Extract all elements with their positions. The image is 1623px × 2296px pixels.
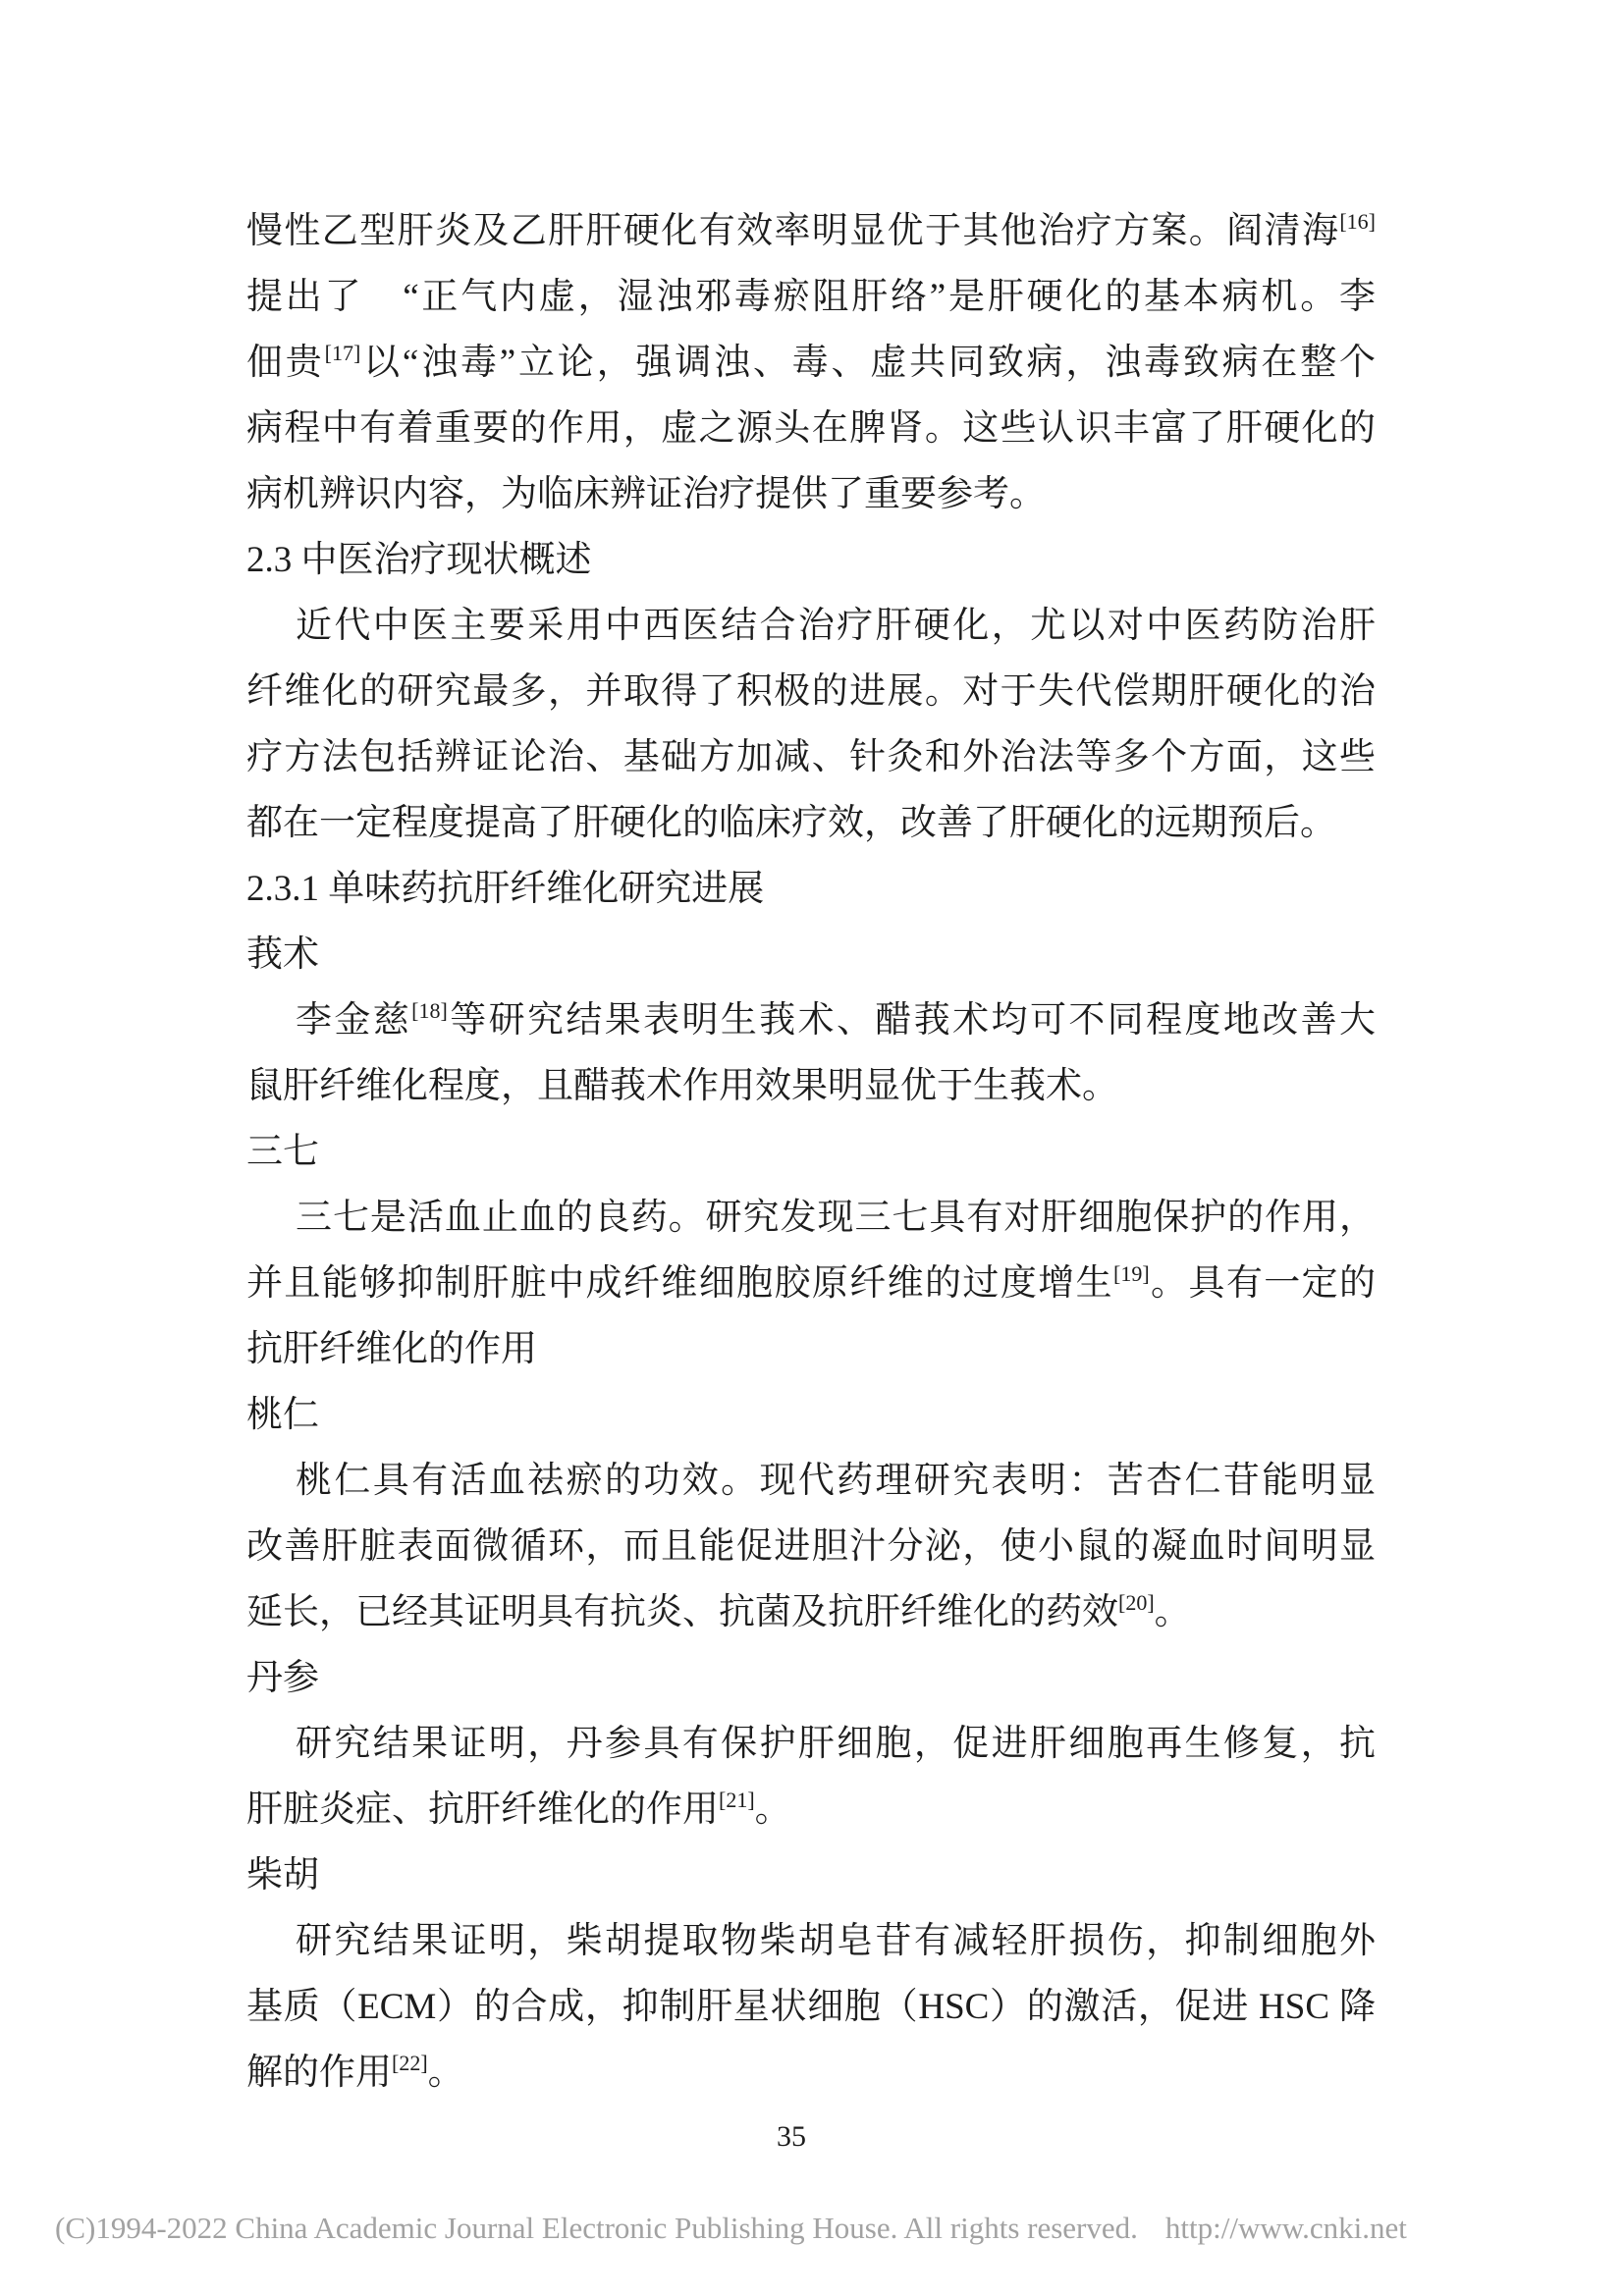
para-line: 都在一定程度提高了肝硬化的临床疗效，改善了肝硬化的远期预后。 [246,790,1376,856]
text-run: 莪术 [246,934,319,975]
para-line: 研究结果证明，丹参具有保护肝细胞，促进肝细胞再生修复，抗 [246,1711,1376,1777]
footer-copyright: (C)1994-2022 China Academic Journal Elec… [55,2211,1138,2245]
text-run: 李金慈 [296,1000,411,1041]
text-run: 以“浊毒”立论，强调浊、毒、虚共同致病，浊毒致病在整个 [360,343,1376,383]
para-line: 基质（ECM）的合成，抑制肝星状细胞（HSC）的激活，促进 HSC 降 [246,1974,1376,2040]
para-line: 病程中有着重要的作用，虚之源头在脾肾。这些认识丰富了肝硬化的 [246,396,1376,461]
text-run: 肝脏炎症、抗肝纤维化的作用 [246,1789,719,1830]
para-line: 疗方法包括辨证论治、基础方加减、针灸和外治法等多个方面，这些 [246,724,1376,790]
text-run: 鼠肝纤维化程度，且醋莪术作用效果明显优于生莪术。 [246,1066,1118,1106]
citation-ref: [19] [1113,1261,1150,1286]
para-line: 桃仁具有活血祛瘀的功效。现代药理研究表明：苦杏仁苷能明显 [246,1448,1376,1514]
text-run: 纤维化的研究最多，并取得了积极的进展。对于失代偿期肝硬化的治 [246,671,1376,712]
herb-heading-danshen: 丹参 [246,1645,1376,1711]
text-run: 研究结果证明，丹参具有保护肝细胞，促进肝细胞再生修复，抗 [296,1724,1376,1764]
text-run: 等研究结果表明生莪术、醋莪术均可不同程度地改善大 [448,1000,1376,1041]
section-heading-2-3: 2.3 中医治疗现状概述 [246,527,1376,593]
text-run: 。 [1155,1592,1191,1632]
para-line: 抗肝纤维化的作用 [246,1316,1376,1382]
text-run: 三七 [246,1132,319,1172]
document-body: 慢性乙型肝炎及乙肝肝硬化有效率明显优于其他治疗方案。阎清海[16]提出了 “正气… [246,198,1376,2106]
para-line: 病机辨识内容，为临床辨证治疗提供了重要参考。 [246,461,1376,527]
text-run: 病机辨识内容，为临床辨证治疗提供了重要参考。 [246,474,1046,514]
text-run: 。 [755,1789,791,1830]
text-run: 丹参 [246,1658,319,1698]
herb-heading-sanqi: 三七 [246,1119,1376,1185]
text-run: 2.3.1 单味药抗肝纤维化研究进展 [246,869,764,909]
text-run: 延长，已经其证明具有抗炎、抗菌及抗肝纤维化的药效 [246,1592,1118,1632]
para-line: 并且能够抑制肝脏中成纤维细胞胶原纤维的过度增生[19]。具有一定的 [246,1251,1376,1316]
citation-ref: [20] [1118,1590,1155,1615]
text-run: 抗肝纤维化的作用 [246,1329,537,1369]
text-run: 基质（ECM）的合成，抑制肝星状细胞（HSC）的激活，促进 HSC 降 [246,1987,1376,2027]
section-heading-2-3-1: 2.3.1 单味药抗肝纤维化研究进展 [246,856,1376,922]
text-run: 疗方法包括辨证论治、基础方加减、针灸和外治法等多个方面，这些 [246,737,1376,777]
para-line: 解的作用[22]。 [246,2040,1376,2106]
herb-heading-taoren: 桃仁 [246,1382,1376,1448]
para-line: 纤维化的研究最多，并取得了积极的进展。对于失代偿期肝硬化的治 [246,659,1376,724]
text-run: 提出了 “正气内虚，湿浊邪毒瘀阻肝络”是肝硬化的基本病机。李 [246,277,1376,317]
text-run: 近代中医主要采用中西医结合治疗肝硬化，尤以对中医药防治肝 [296,606,1376,646]
document-page: 慢性乙型肝炎及乙肝肝硬化有效率明显优于其他治疗方案。阎清海[16]提出了 “正气… [0,0,1623,2296]
citation-ref: [18] [411,998,448,1023]
text-run: 三七是活血止血的良药。研究发现三七具有对肝细胞保护的作用， [296,1198,1376,1238]
text-run: 桃仁 [246,1395,319,1435]
para-line: 佃贵[17]以“浊毒”立论，强调浊、毒、虚共同致病，浊毒致病在整个 [246,330,1376,396]
citation-ref: [21] [719,1788,755,1812]
para-line: 鼠肝纤维化程度，且醋莪术作用效果明显优于生莪术。 [246,1053,1376,1119]
text-run: 柴胡 [246,1855,319,1896]
footer: (C)1994-2022 China Academic Journal Elec… [55,2211,1587,2246]
para-line: 三七是活血止血的良药。研究发现三七具有对肝细胞保护的作用， [246,1185,1376,1251]
text-run: 。 [428,2053,464,2093]
citation-ref: [16] [1339,209,1376,234]
para-line: 研究结果证明，柴胡提取物柴胡皂苷有减轻肝损伤，抑制细胞外 [246,1908,1376,1974]
text-run: 佃贵 [246,343,325,383]
para-line: 提出了 “正气内虚，湿浊邪毒瘀阻肝络”是肝硬化的基本病机。李 [246,264,1376,330]
herb-heading-ezhu: 莪术 [246,922,1376,988]
page-number: 35 [246,2120,1336,2154]
citation-ref: [17] [325,341,361,365]
para-line: 延长，已经其证明具有抗炎、抗菌及抗肝纤维化的药效[20]。 [246,1579,1376,1645]
text-run: 桃仁具有活血祛瘀的功效。现代药理研究表明：苦杏仁苷能明显 [296,1461,1376,1501]
text-run: 慢性乙型肝炎及乙肝肝硬化有效率明显优于其他治疗方案。阎清海 [246,211,1339,251]
text-run: 解的作用 [246,2053,392,2093]
para-line: 慢性乙型肝炎及乙肝肝硬化有效率明显优于其他治疗方案。阎清海[16] [246,198,1376,264]
footer-url: http://www.cnki.net [1165,2211,1407,2245]
text-run: 2.3 中医治疗现状概述 [246,540,592,580]
citation-ref: [22] [392,2051,428,2075]
herb-heading-chaihu: 柴胡 [246,1842,1376,1908]
text-run: 研究结果证明，柴胡提取物柴胡皂苷有减轻肝损伤，抑制细胞外 [296,1921,1376,1961]
para-line: 改善肝脏表面微循环，而且能促进胆汁分泌，使小鼠的凝血时间明显 [246,1514,1376,1579]
text-run: 。具有一定的 [1150,1263,1376,1304]
text-run: 改善肝脏表面微循环，而且能促进胆汁分泌，使小鼠的凝血时间明显 [246,1526,1376,1567]
text-run: 并且能够抑制肝脏中成纤维细胞胶原纤维的过度增生 [246,1263,1113,1304]
text-run: 都在一定程度提高了肝硬化的临床疗效，改善了肝硬化的远期预后。 [246,803,1336,843]
para-line: 肝脏炎症、抗肝纤维化的作用[21]。 [246,1777,1376,1842]
para-line: 近代中医主要采用中西医结合治疗肝硬化，尤以对中医药防治肝 [246,593,1376,659]
para-line: 李金慈[18]等研究结果表明生莪术、醋莪术均可不同程度地改善大 [246,988,1376,1053]
text-run: 病程中有着重要的作用，虚之源头在脾肾。这些认识丰富了肝硬化的 [246,408,1376,449]
